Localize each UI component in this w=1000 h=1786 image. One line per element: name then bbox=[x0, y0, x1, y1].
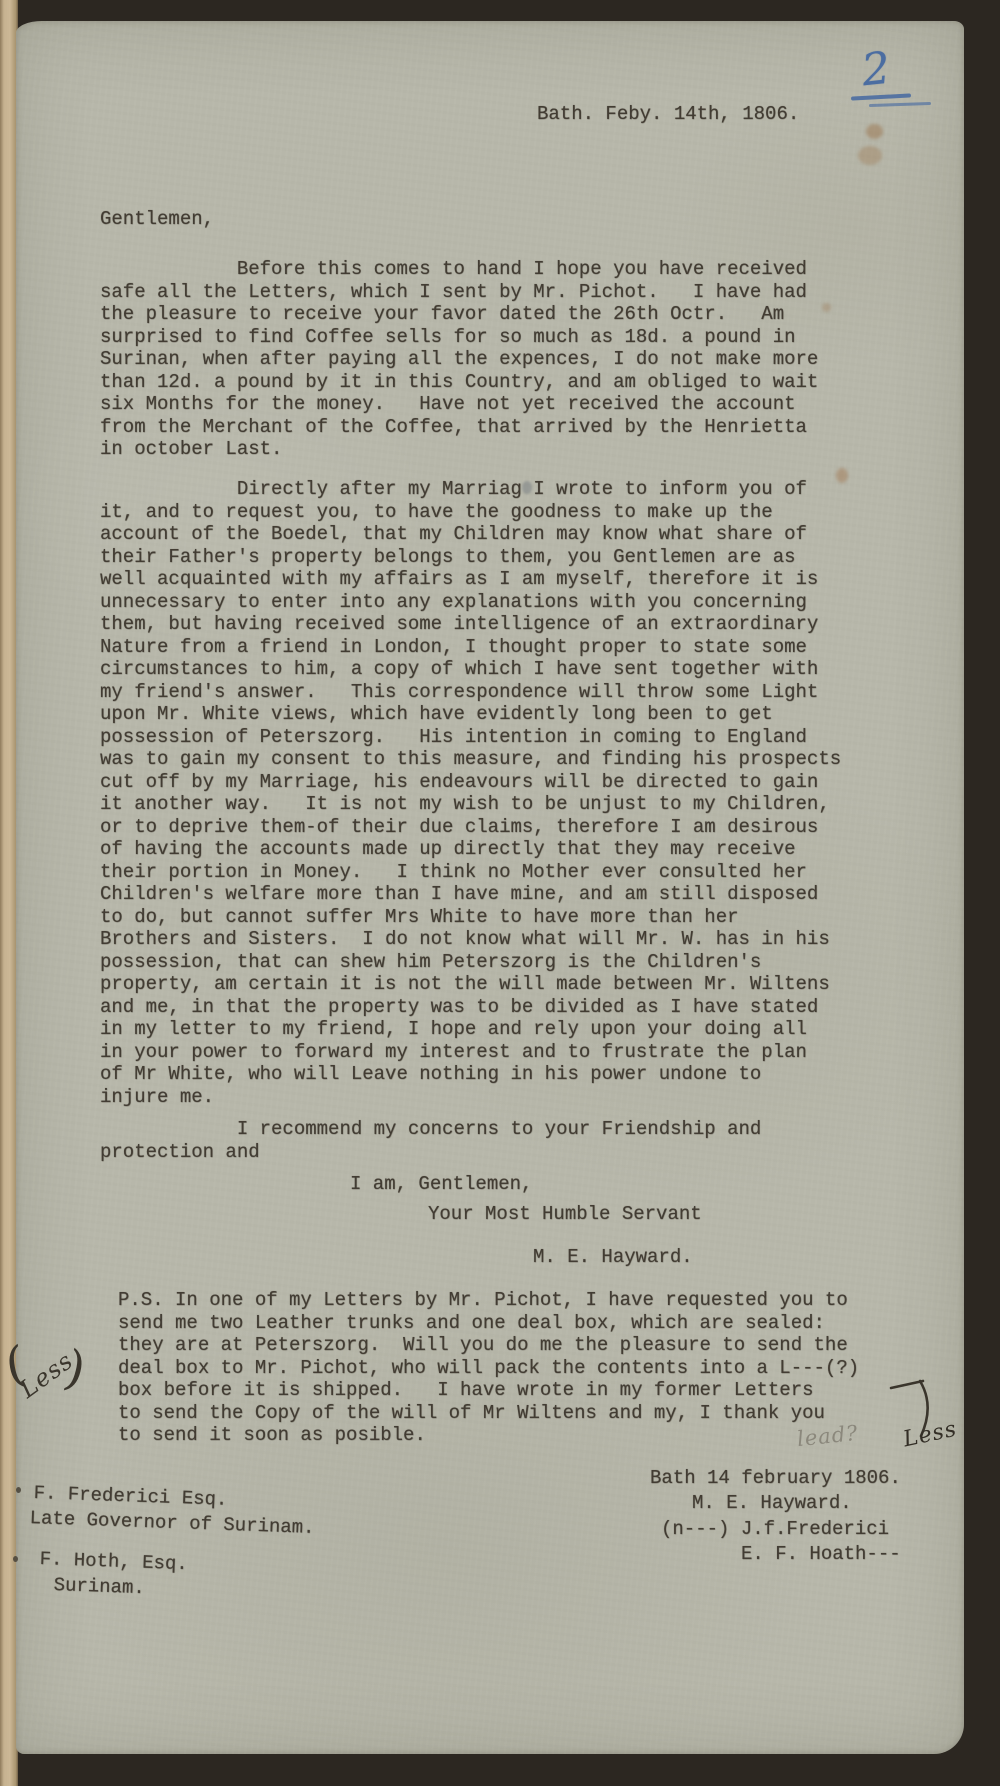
dateline: Bath. Feby. 14th, 1806. bbox=[537, 103, 799, 126]
body-paragraph-3: I recommend my concerns to your Friendsh… bbox=[100, 1118, 761, 1163]
paper-stain bbox=[822, 303, 831, 312]
closing-line-2: Your Most Humble Servant bbox=[428, 1203, 702, 1226]
docket-right-name: M. E. Hayward. bbox=[692, 1492, 852, 1515]
handwritten-margin-note: ( Less ) bbox=[0, 1335, 95, 1430]
paper-stain bbox=[866, 124, 883, 139]
docket-right-dateline: Bath 14 february 1806. bbox=[650, 1467, 901, 1490]
ink-dot bbox=[13, 1556, 18, 1562]
address-hoth-place: Surinam. bbox=[53, 1574, 145, 1600]
signature: M. E. Hayward. bbox=[533, 1246, 693, 1269]
docket-right-addressee-1: (n---) J.f.Frederici bbox=[661, 1518, 889, 1541]
closing-line-1: I am, Gentlemen, bbox=[350, 1173, 532, 1196]
salutation: Gentlemen, bbox=[100, 208, 214, 231]
body-paragraph-1: Before this comes to hand I hope you hav… bbox=[100, 258, 818, 461]
ink-dot bbox=[16, 1487, 21, 1493]
docket-right-addressee-2: E. F. Hoath--- bbox=[741, 1543, 901, 1566]
page-number-annotation: 2 bbox=[859, 43, 892, 97]
body-paragraph-2: Directly after my Marriag I wrote to inf… bbox=[100, 478, 841, 1108]
scanned-letter-page: 2 Bath. Feby. 14th, 1806. Gentlemen, Bef… bbox=[0, 0, 1000, 1786]
postscript: P.S. In one of my Letters by Mr. Pichot,… bbox=[118, 1289, 859, 1447]
paper-stain bbox=[858, 146, 882, 165]
